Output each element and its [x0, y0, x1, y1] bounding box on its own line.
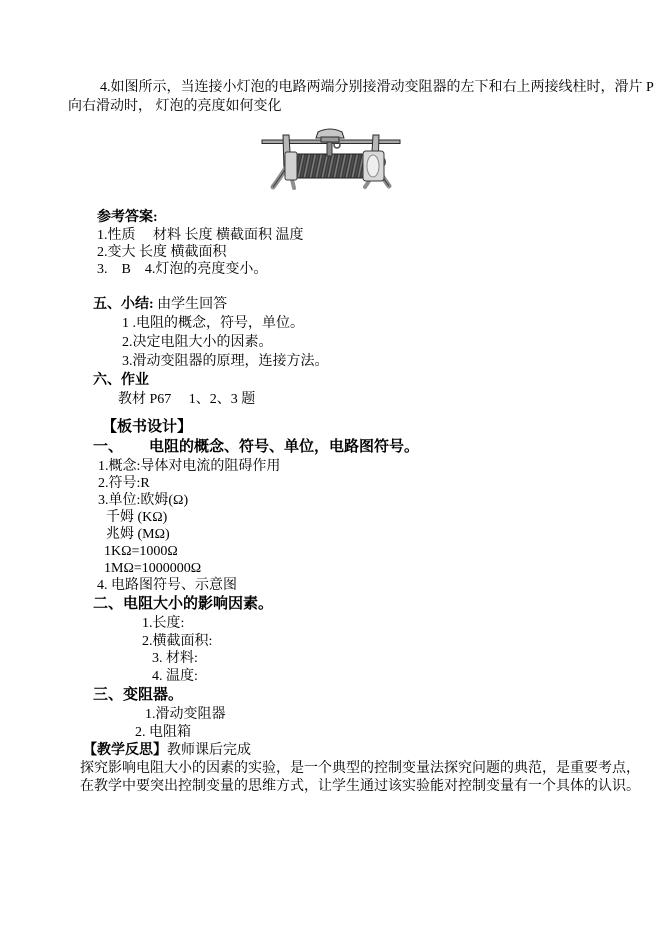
rheostat-coil: [291, 154, 373, 178]
reflection-heading-lead: 教师课后完成: [167, 743, 251, 758]
document-page: 4.如图所示，当连接小灯泡的电路两端分别接滑动变阻器的左下和右上两接线柱时，滑片…: [0, 0, 661, 935]
rheostat-left-cap: [285, 152, 297, 180]
answer-item-1: 1.性质 材料 长度 横截面积 温度: [97, 227, 641, 244]
board-s1-item-kilo-equation: 1KΩ=1000Ω: [104, 543, 641, 560]
summary-heading-label: 五、小结:: [93, 297, 154, 312]
board-section1-title-text: 电阻的概念、符号、单位，电路图符号。: [149, 437, 419, 458]
homework-heading: 六、作业: [93, 371, 641, 390]
board-s1-item-3: 3.单位:欧姆(Ω): [98, 492, 641, 509]
board-s2-item-material: 3. 材料:: [152, 650, 641, 668]
board-section3-items: 1.滑动变阻器 2. 电阻箱: [68, 706, 641, 741]
summary-heading-lead: 由学生回答: [154, 297, 228, 312]
board-section3-title: 三、变阻器。: [93, 685, 641, 706]
board-s3-item-resistance-box: 2. 电阻箱: [135, 724, 641, 742]
board-s1-item-1: 1.概念:导体对电流的阻碍作用: [98, 458, 641, 475]
homework-content: 教材 P67 1、2、3 题: [118, 390, 641, 409]
reflection-body-line-1: 探究影响电阻大小的因素的实验，是一个典型的控制变量法探究问题的典范，是重要考点，: [80, 760, 641, 778]
answer-item-3: 3. B 4.灯泡的亮度变小。: [97, 261, 641, 278]
summary-heading: 五、小结: 由学生回答: [93, 295, 641, 314]
teaching-reflection-section: 【教学反思】教师课后完成 探究影响电阻大小的因素的实验，是一个典型的控制变量法探…: [68, 742, 641, 796]
answer-item-2: 2.变大 长度 横截面积: [97, 244, 641, 261]
board-s2-item-cross-section: 2.横截面积:: [142, 633, 641, 651]
board-s1-item-kilo-ohm: 千姆 (KΩ): [106, 509, 641, 526]
summary-item-3: 3.滑动变阻器的原理，连接方法。: [122, 352, 641, 371]
reference-answers-title: 参考答案:: [97, 208, 641, 227]
question-line-1: 4.如图所示，当连接小灯泡的电路两端分别接滑动变阻器的左下和右上两接线柱时，滑片…: [68, 78, 641, 97]
homework-section: 六、作业 教材 P67 1、2、3 题: [68, 371, 641, 409]
reflection-body-line-2: 在教学中要突出控制变量的思维方式，让学生通过该实验能对控制变量有一个具体的认识。: [80, 778, 641, 796]
board-s1-item-2: 2.符号:R: [98, 475, 641, 492]
rheostat-right-cap-highlight: [367, 155, 379, 177]
summary-section: 五、小结: 由学生回答 1 .电阻的概念，符号，单位。 2.决定电阻大小的因素。…: [68, 295, 641, 371]
rheostat-figure: [261, 124, 401, 196]
summary-item-2: 2.决定电阻大小的因素。: [122, 333, 641, 352]
board-section1-items: 1.概念:导体对电流的阻碍作用 2.符号:R 3.单位:欧姆(Ω) 千姆 (KΩ…: [68, 458, 641, 594]
board-s1-item-mega-equation: 1MΩ=1000000Ω: [104, 560, 641, 577]
board-s2-item-length: 1.长度:: [142, 615, 641, 633]
board-design-heading: 【板书设计】: [102, 418, 641, 437]
board-s1-item-mega-ohm: 兆姆 (MΩ): [106, 526, 641, 543]
board-section2-items: 1.长度: 2.横截面积: 3. 材料: 4. 温度:: [68, 615, 641, 685]
board-section1-title: 一、电阻的概念、符号、单位，电路图符号。: [93, 437, 641, 458]
board-section1-number: 一、: [93, 439, 123, 455]
question-paragraph: 4.如图所示，当连接小灯泡的电路两端分别接滑动变阻器的左下和右上两接线柱时，滑片…: [68, 78, 641, 116]
board-s1-item-4: 4. 电路图符号、示意图: [97, 577, 641, 594]
rheostat-image: [261, 124, 401, 196]
board-section2-title: 二、电阻大小的影响因素。: [93, 594, 641, 615]
board-design-section: 【板书设计】 一、电阻的概念、符号、单位，电路图符号。 1.概念:导体对电流的阻…: [68, 418, 641, 741]
question-line-2: 向右滑动时， 灯泡的亮度如何变化: [68, 97, 641, 116]
reflection-heading: 【教学反思】教师课后完成: [83, 742, 641, 760]
board-s2-item-temperature: 4. 温度:: [152, 668, 641, 686]
reference-answers-section: 参考答案: 1.性质 材料 长度 横截面积 温度 2.变大 长度 横截面积 3.…: [97, 208, 641, 278]
reflection-heading-label: 【教学反思】: [83, 743, 167, 758]
board-s3-item-sliding-rheostat: 1.滑动变阻器: [145, 706, 641, 724]
summary-item-1: 1 .电阻的概念，符号，单位。: [122, 314, 641, 333]
